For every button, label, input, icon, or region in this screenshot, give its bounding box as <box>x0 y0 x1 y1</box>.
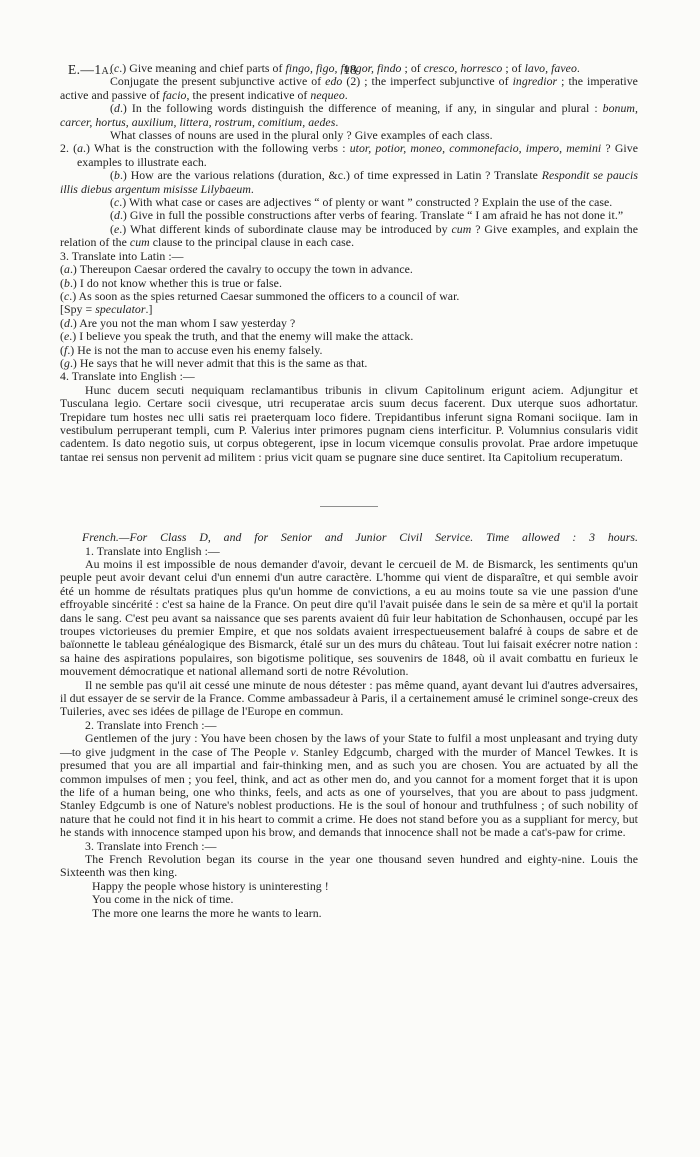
french-q1-paragraph-2: Il ne semble pas qu'il ait cessé une min… <box>60 679 638 719</box>
french-q3-sentence-4: The more one learns the more he wants to… <box>60 907 638 920</box>
page-content: (c.) Give meaning and chief parts of fin… <box>60 62 638 920</box>
latin-q2b-paragraph: (b.) How are the various relations (dura… <box>60 169 638 196</box>
latin-q4-passage: Hunc ducem secuti nequiquam reclamantibu… <box>60 384 638 464</box>
latin-q3-item-d: (d.) Are you not the man whom I saw yest… <box>60 317 638 330</box>
latin-q4-heading: 4. Translate into English :— <box>60 370 638 383</box>
french-q1-heading: 1. Translate into English :— <box>60 545 638 558</box>
latin-q2e-paragraph: (e.) What different kinds of subordinate… <box>60 223 638 250</box>
latin-q2a-paragraph: 2. (a.) What is the construction with th… <box>60 142 638 169</box>
latin-section: (c.) Give meaning and chief parts of fin… <box>60 62 638 464</box>
latin-q3-item-c: (c.) As soon as the spies returned Caesa… <box>60 290 638 303</box>
page-number: 18 <box>0 62 700 78</box>
latin-q1-classes-paragraph: What classes of nouns are used in the pl… <box>60 129 638 142</box>
latin-q1d-paragraph: (d.) In the following words distinguish … <box>60 102 638 129</box>
french-q1-paragraph-1: Au moins il est impossible de nous deman… <box>60 558 638 679</box>
latin-q2d-paragraph: (d.) Give in full the possible construct… <box>60 209 638 222</box>
latin-q3-item-c-note: [Spy = speculator.] <box>60 303 638 316</box>
latin-q3-item-a: (a.) Thereupon Caesar ordered the cavalr… <box>60 263 638 276</box>
latin-q3-heading: 3. Translate into Latin :— <box>60 250 638 263</box>
latin-q3-item-f: (f.) He is not the man to accuse even hi… <box>60 344 638 357</box>
page-header: E.—1A. 18 <box>0 0 700 62</box>
french-q3-sentence-1: The French Revolution began its course i… <box>60 853 638 880</box>
french-q3-sentence-2: Happy the people whose history is uninte… <box>60 880 638 893</box>
french-q3-sentence-3: You come in the nick of time. <box>60 893 638 906</box>
latin-q1-conjugate-paragraph: Conjugate the present subjunctive active… <box>60 75 638 102</box>
french-q3-heading: 3. Translate into French :— <box>60 840 638 853</box>
latin-q3-item-g: (g.) He says that he will never admit th… <box>60 357 638 370</box>
french-section: French.—For Class D, and for Senior and … <box>60 531 638 920</box>
latin-q3-item-b: (b.) I do not know whether this is true … <box>60 277 638 290</box>
french-section-heading: French.—For Class D, and for Senior and … <box>60 531 638 544</box>
section-divider <box>320 506 378 507</box>
french-q2-heading: 2. Translate into French :— <box>60 719 638 732</box>
french-q2-paragraph: Gentlemen of the jury : You have been ch… <box>60 732 638 839</box>
document-page: E.—1A. 18 (c.) Give meaning and chief pa… <box>0 0 700 1157</box>
latin-q3-item-e: (e.) I believe you speak the truth, and … <box>60 330 638 343</box>
latin-q2c-paragraph: (c.) With what case or cases are adjecti… <box>60 196 638 209</box>
